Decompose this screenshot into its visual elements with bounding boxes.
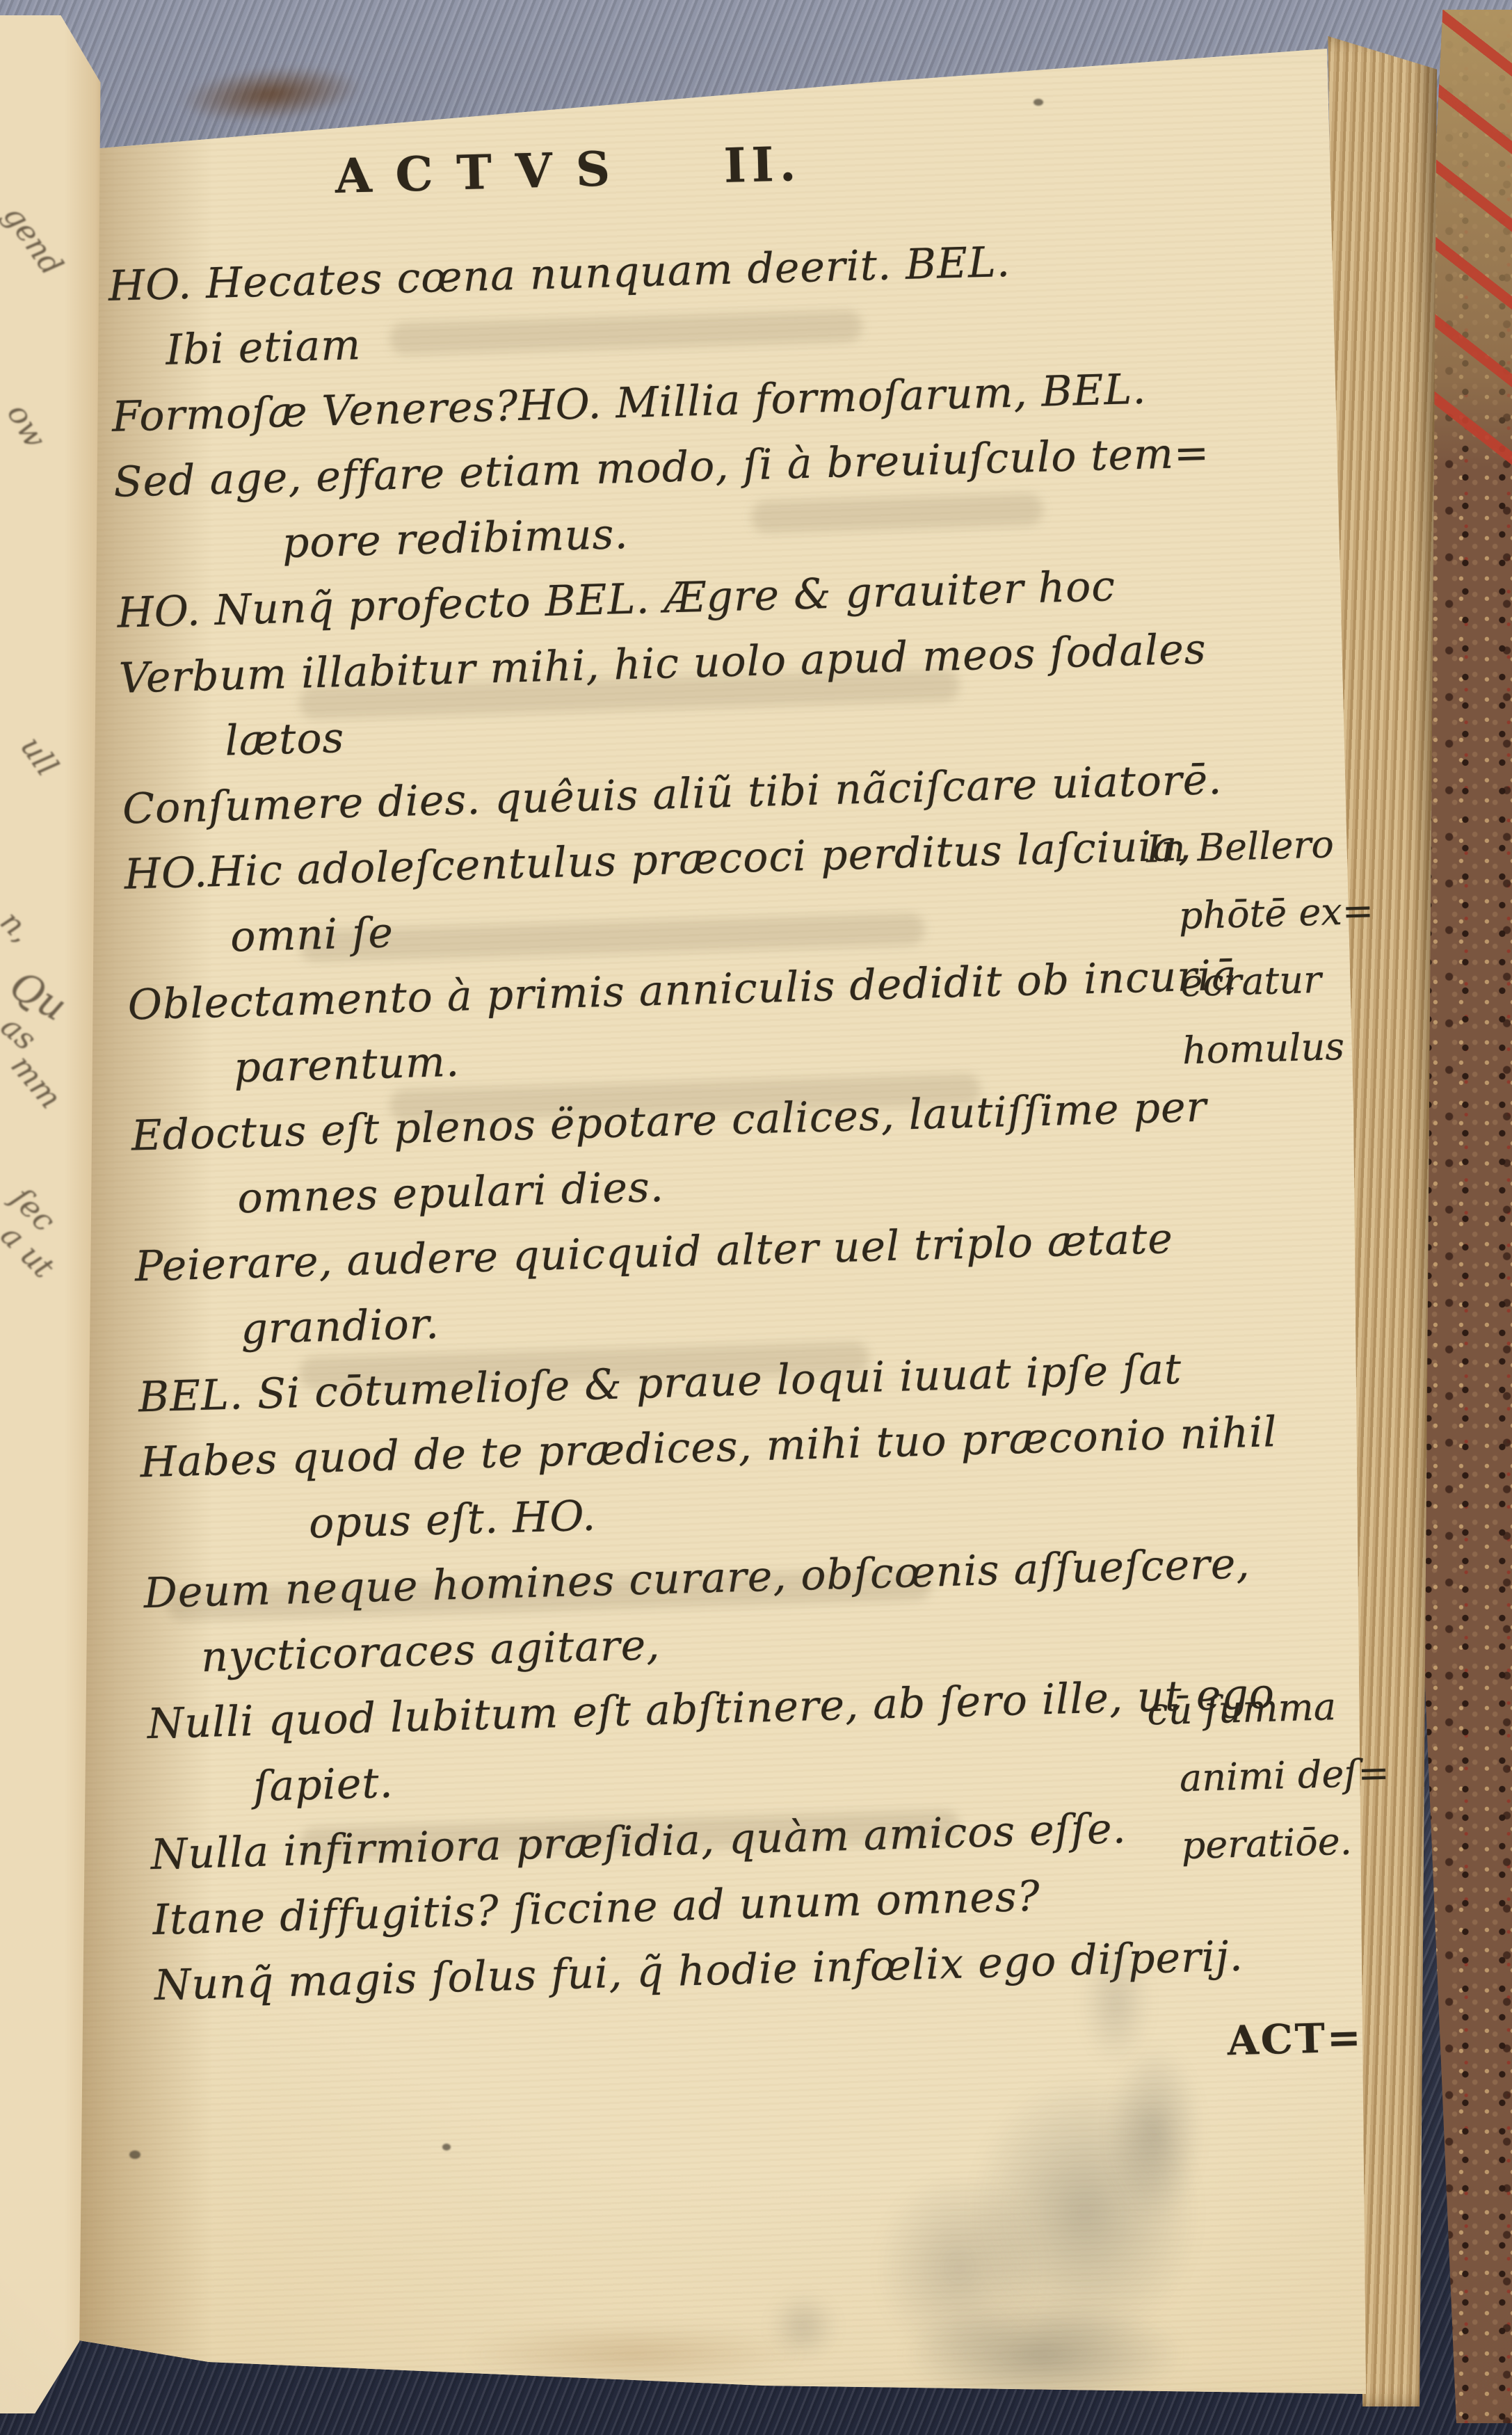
verse-lines: HO. Hecates cœna nunquam deerit. BEL. Ib… (108, 225, 1240, 2018)
ink-speck (1034, 99, 1043, 106)
margin-note-line: ecratur (1149, 945, 1381, 1018)
page-edge-text-fragment: mm (3, 1048, 68, 1116)
page-edge-text-fragment: ull (13, 730, 65, 783)
margin-note-line: cū ſumma (1146, 1672, 1378, 1746)
book-page: ACTVSII. HO. Hecates cœna nunquam deerit… (0, 0, 1512, 2435)
page-edge-text-fragment: gend (0, 199, 70, 282)
margin-note-line: In Bellero (1145, 810, 1377, 883)
margin-note-line: homulus (1151, 1012, 1383, 1086)
page-edge-text-fragment: n, (0, 904, 39, 950)
ink-speck (129, 2151, 140, 2159)
margin-note-line: peratiōe. (1150, 1807, 1381, 1881)
margin-note-desperation: cū ſumma animi deſ= peratiōe. (1146, 1672, 1381, 1881)
photo-of-open-book: ACTVSII. HO. Hecates cœna nunquam deerit… (0, 0, 1512, 2435)
margin-note-bellerophon: In Bellero phōtē ex= ecratur homulus (1145, 810, 1382, 1086)
ink-stain-smudge (1071, 1920, 1161, 2087)
act-heading: ACTVSII. (335, 136, 803, 204)
margin-note-line: animi deſ= (1148, 1739, 1380, 1813)
page-edge-text-fragment: ow (0, 398, 53, 454)
printed-text-block: ACTVSII. HO. Hecates cœna nunquam deerit… (104, 106, 1246, 2221)
catchword: ACT= (1227, 2014, 1364, 2064)
act-heading-number: II. (723, 136, 802, 194)
act-heading-word: ACTVS (335, 140, 634, 204)
ink-speck (442, 2144, 451, 2151)
margin-note-line: phōtē ex= (1147, 877, 1378, 951)
